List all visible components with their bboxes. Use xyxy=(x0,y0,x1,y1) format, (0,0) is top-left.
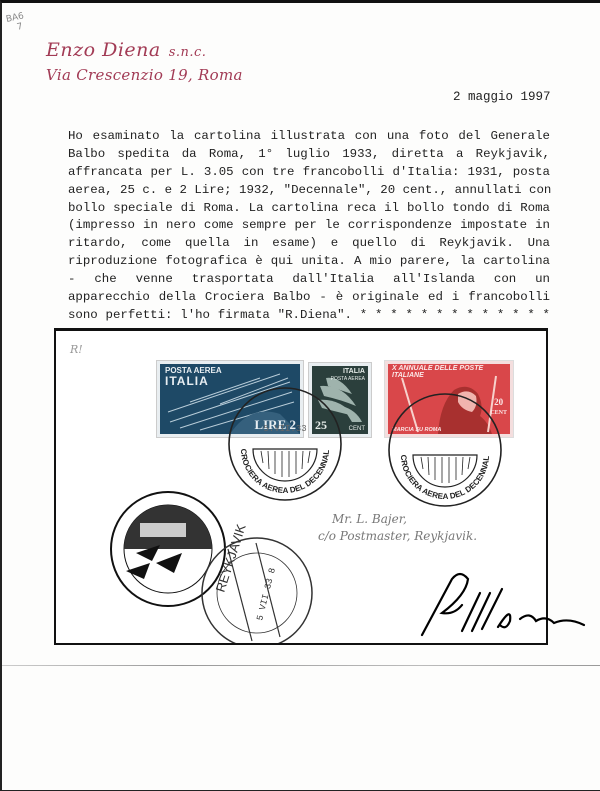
page-fold-line xyxy=(2,665,600,666)
certificate-page: BA6 7 Enzo Dienas.n.c. Via Crescenzio 19… xyxy=(0,0,600,791)
address-line: c/o Postmaster, Reykjavik. xyxy=(318,528,477,545)
body-line: aerea, 25 c. e 2 Lire; 1932, "Decennale"… xyxy=(68,182,550,200)
body-line: riproduzione fotografica è qui unita. A … xyxy=(68,253,550,271)
crociera-round-mark-icon xyxy=(111,492,225,606)
letterhead-company: Enzo Dienas.n.c. xyxy=(46,39,243,61)
roma-cancel-text-1: CROCIERA AEREA DEL DECENNALE xyxy=(56,331,331,495)
roma-cancel-postmark-icon xyxy=(229,388,341,500)
company-name: Enzo Diena xyxy=(46,39,161,61)
cancellation-marks: 5.VII.33 CROCIERA AEREA DEL DECENNALE CR… xyxy=(56,331,546,643)
reykjavik-cancel-text: REYKJAVIK xyxy=(213,522,249,594)
body-line: affrancata per L. 3.05 con tre francobol… xyxy=(68,164,550,182)
body-line: ritardo, come quella in esame) e quello … xyxy=(68,235,550,253)
pencil-note-line-2: 7 xyxy=(16,21,27,33)
roma-cancel-text-2: CROCIERA AEREA DEL DECENNALE xyxy=(56,331,491,501)
postcard-photo: R! POSTA AEREA ITALIA LIRE 2 xyxy=(54,328,548,645)
address-line: Mr. L. Bajer, xyxy=(332,511,477,528)
pencil-annotation: BA6 7 xyxy=(5,11,27,34)
certificate-body: Ho esaminato la cartolina illustrata con… xyxy=(68,128,550,325)
roma-cancel-postmark-icon xyxy=(389,394,501,506)
certificate-date: 2 maggio 1997 xyxy=(453,90,551,104)
body-line: sono perfetti: l'ho firmata "R.Diena". *… xyxy=(68,307,550,325)
letterhead: Enzo Dienas.n.c. Via Crescenzio 19, Roma xyxy=(46,39,243,84)
recipient-address: Mr. L. Bajer, c/o Postmaster, Reykjavik. xyxy=(318,511,477,545)
body-line: apparecchio della Crociera Balbo - è ori… xyxy=(68,289,550,307)
svg-text:CROCIERA AEREA DEL DECENNALE: CROCIERA AEREA DEL DECENNALE xyxy=(56,331,491,501)
body-line: - che venne trasportata dall'Italia all'… xyxy=(68,271,550,289)
body-line: Ho esaminato la cartolina illustrata con… xyxy=(68,128,550,146)
body-line: Balbo spedita da Roma, 1° luglio 1933, d… xyxy=(68,146,550,164)
company-suffix: s.n.c. xyxy=(169,45,207,60)
body-line: bollo speciale di Roma. La cartolina rec… xyxy=(68,200,550,218)
svg-text:CROCIERA AEREA DEL DECENNALE: CROCIERA AEREA DEL DECENNALE xyxy=(56,331,331,495)
body-line: (impresso in nero come sempre per le cor… xyxy=(68,217,550,235)
letterhead-address: Via Crescenzio 19, Roma xyxy=(46,66,243,84)
roma-cancel-date: 5.VII.33 xyxy=(263,424,306,434)
